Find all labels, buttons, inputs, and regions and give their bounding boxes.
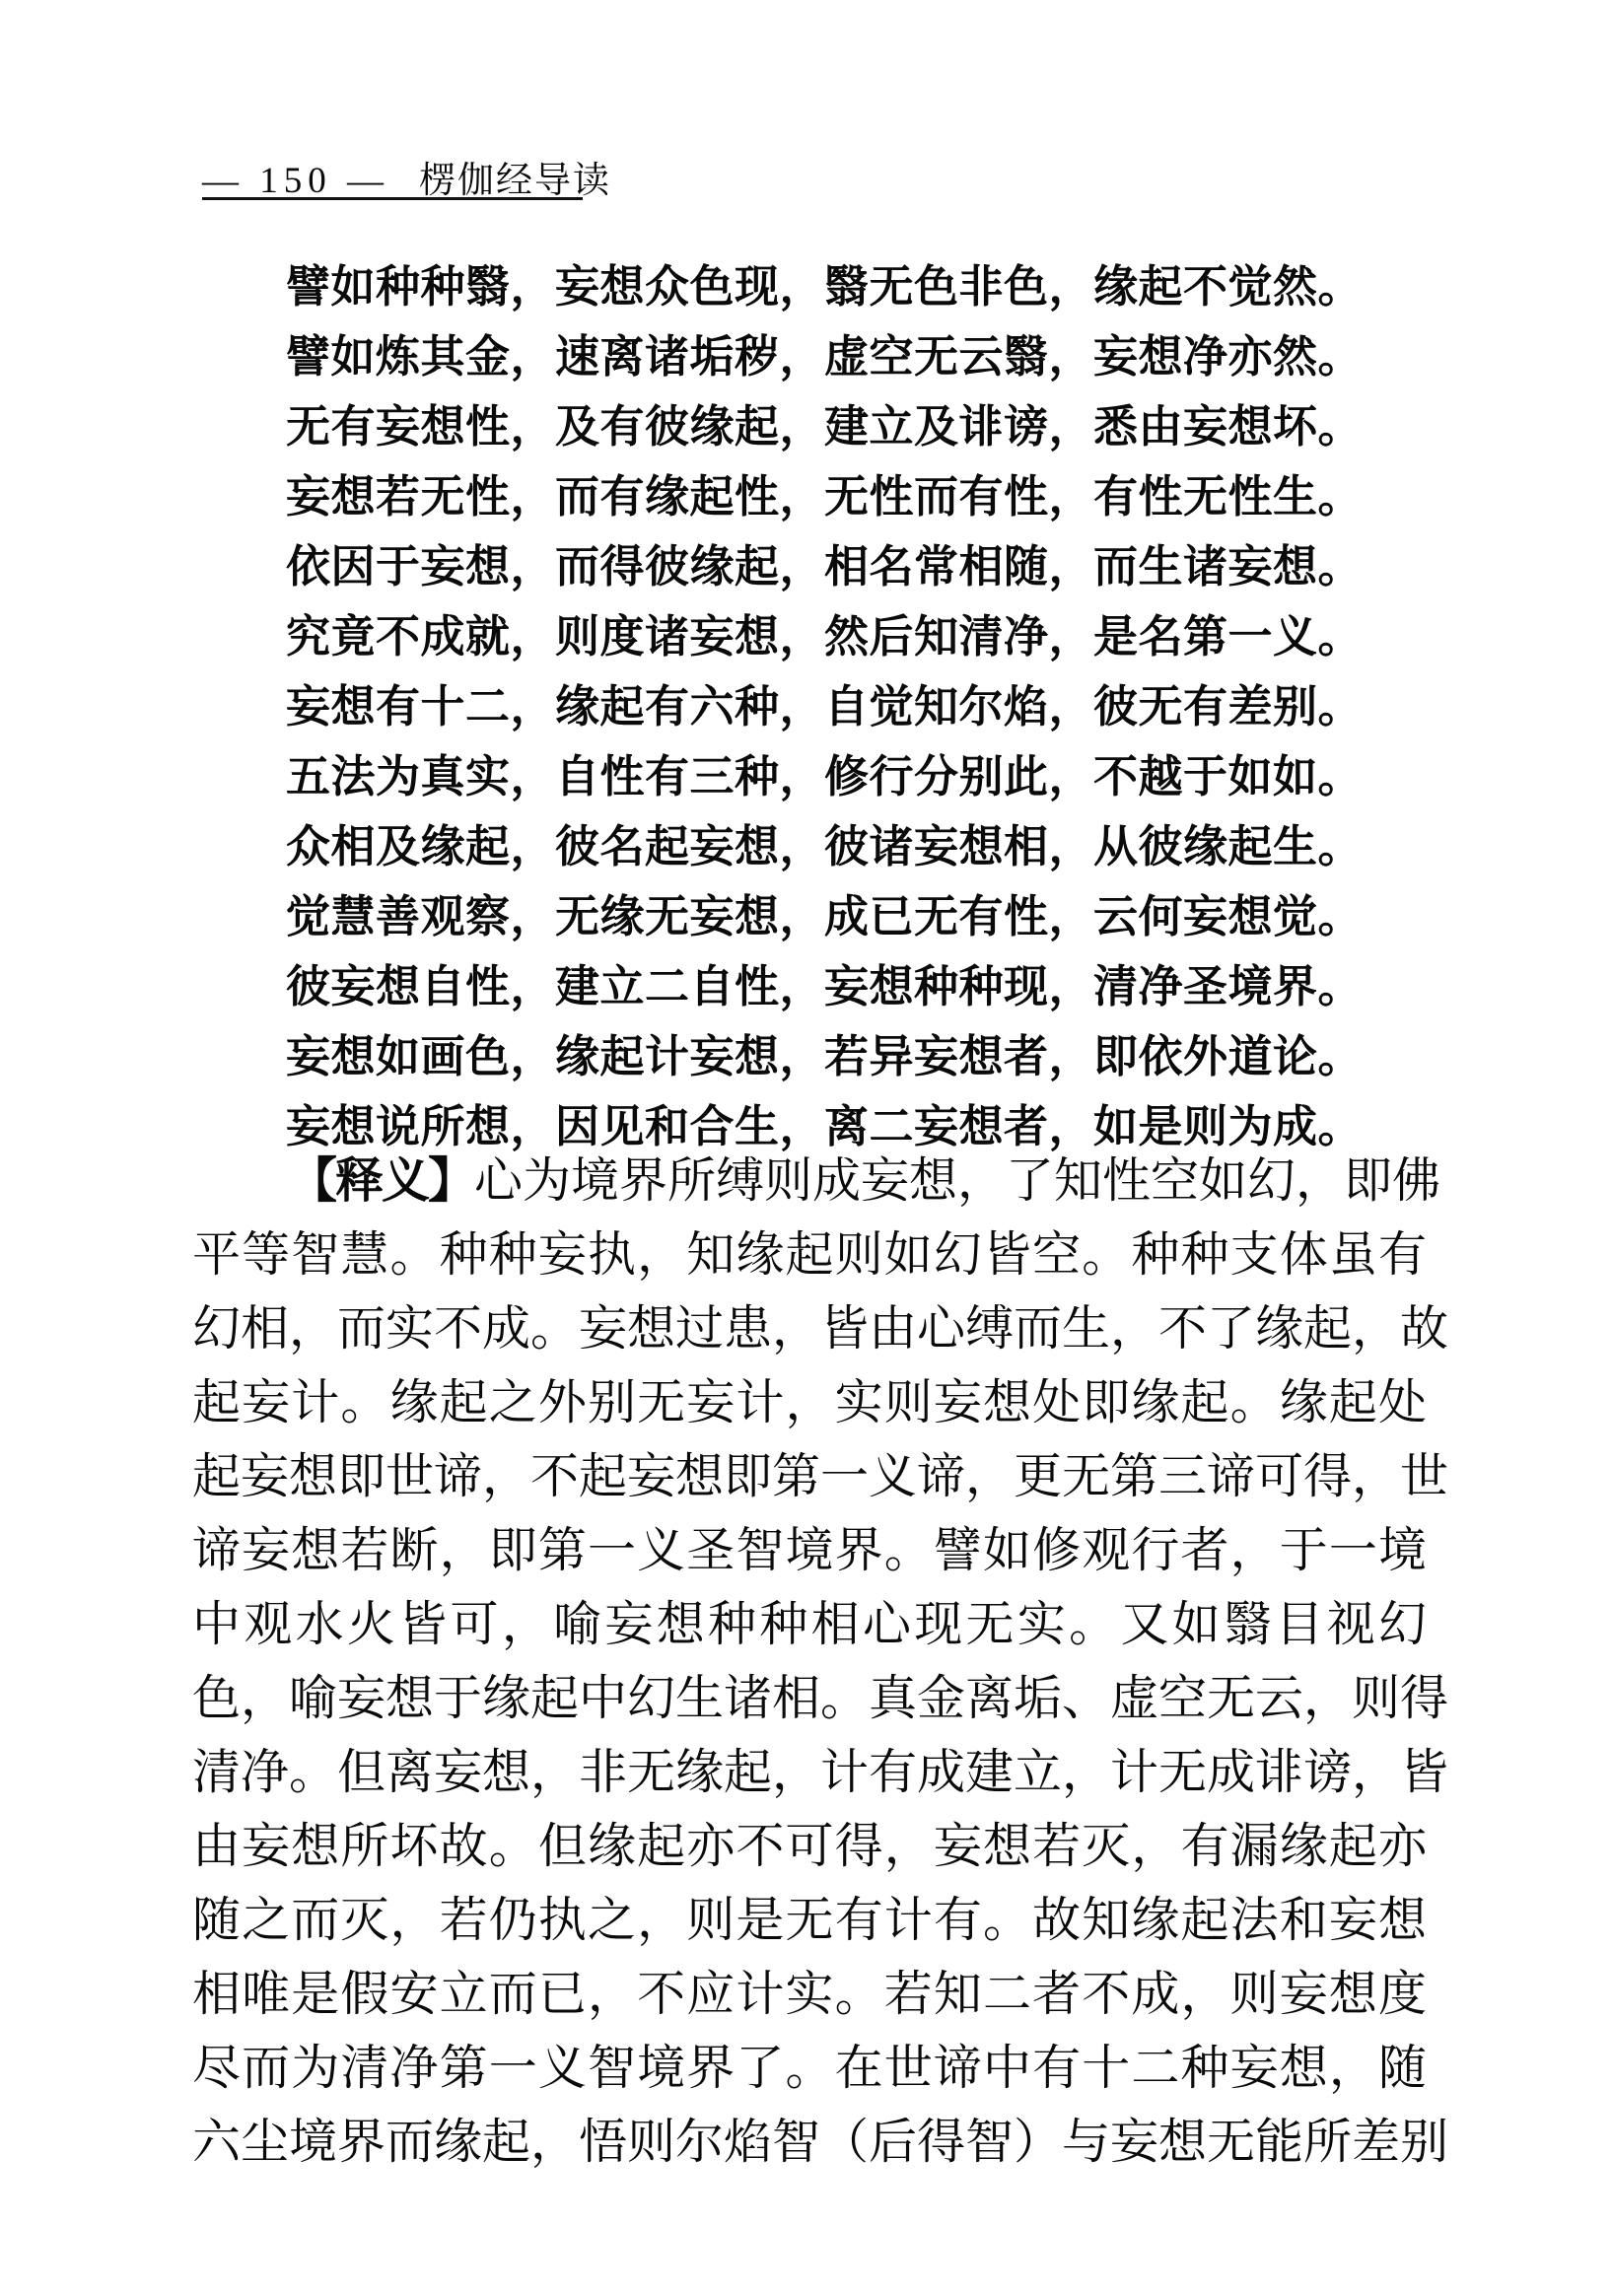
verse-line: 无有妄想性，及有彼缘起，建立及诽谤，悉由妄想坏。 bbox=[286, 391, 1363, 461]
commentary-line: 尽而为清净第一义智境界了。在世谛中有十二种妄想，随 bbox=[192, 2031, 1427, 2105]
commentary-label: 【释义】 bbox=[289, 1154, 474, 1208]
verse-line: 譬如炼其金，速离诸垢秽，虚空无云翳，妄想净亦然。 bbox=[286, 321, 1363, 391]
verse-block: 譬如种种翳，妄想众色现，翳无色非色，缘起不觉然。 譬如炼其金，速离诸垢秽，虚空无… bbox=[286, 251, 1363, 1161]
commentary-block: 【释义】心为境界所缚则成妄想，了知性空如幻，即佛 平等智慧。种种妄执，知缘起则如… bbox=[192, 1144, 1427, 2179]
commentary-text: 心为境界所缚则成妄想，了知性空如幻，即佛 bbox=[474, 1153, 1440, 1208]
commentary-line: 【释义】心为境界所缚则成妄想，了知性空如幻，即佛 bbox=[192, 1144, 1427, 1218]
commentary-line: 中观水火皆可，喻妄想种种相心现无实。又如翳目视幻 bbox=[192, 1587, 1427, 1661]
verse-line: 究竟不成就，则度诸妄想，然后知清净，是名第一义。 bbox=[286, 601, 1363, 671]
book-title: 楞伽经导读 bbox=[419, 150, 611, 203]
page-header: — 150 — 楞伽经导读 bbox=[202, 150, 611, 203]
verse-line: 妄想如画色，缘起计妄想，若异妄想者，即依外道论。 bbox=[286, 1021, 1363, 1091]
verse-line: 譬如种种翳，妄想众色现，翳无色非色，缘起不觉然。 bbox=[286, 251, 1363, 321]
verse-line: 觉慧善观察，无缘无妄想，成已无有性，云何妄想觉。 bbox=[286, 881, 1363, 951]
verse-line: 众相及缘起，彼名起妄想，彼诸妄想相，从彼缘起生。 bbox=[286, 811, 1363, 881]
page-number: — 150 — bbox=[202, 160, 389, 202]
commentary-line: 起妄想即世谛，不起妄想即第一义谛，更无第三谛可得，世 bbox=[192, 1439, 1427, 1513]
verse-line: 彼妄想自性，建立二自性，妄想种种现，清净圣境界。 bbox=[286, 951, 1363, 1021]
verse-line: 五法为真实，自性有三种，修行分别此，不越于如如。 bbox=[286, 741, 1363, 811]
verse-line: 妄想有十二，缘起有六种，自觉知尔焰，彼无有差别。 bbox=[286, 671, 1363, 741]
verse-line: 妄想若无性，而有缘起性，无性而有性，有性无性生。 bbox=[286, 461, 1363, 531]
commentary-line: 谛妄想若断，即第一义圣智境界。譬如修观行者，于一境 bbox=[192, 1513, 1427, 1587]
header-rule bbox=[202, 197, 583, 200]
commentary-line: 起妄计。缘起之外别无妄计，实则妄想处即缘起。缘起处 bbox=[192, 1365, 1427, 1439]
commentary-line: 随之而灭，若仍执之，则是无有计有。故知缘起法和妄想 bbox=[192, 1883, 1427, 1957]
commentary-line: 清净。但离妄想，非无缘起，计有成建立，计无成诽谤，皆 bbox=[192, 1735, 1427, 1809]
commentary-line: 色，喻妄想于缘起中幻生诸相。真金离垢、虚空无云，则得 bbox=[192, 1661, 1427, 1735]
verse-line: 依因于妄想，而得彼缘起，相名常相随，而生诸妄想。 bbox=[286, 531, 1363, 601]
commentary-line: 相唯是假安立而已，不应计实。若知二者不成，则妄想度 bbox=[192, 1957, 1427, 2031]
book-page: — 150 — 楞伽经导读 譬如种种翳，妄想众色现，翳无色非色，缘起不觉然。 譬… bbox=[0, 0, 1612, 2296]
commentary-line: 平等智慧。种种妄执，知缘起则如幻皆空。种种支体虽有 bbox=[192, 1218, 1427, 1291]
commentary-line: 幻相，而实不成。妄想过患，皆由心缚而生，不了缘起，故 bbox=[192, 1291, 1427, 1365]
commentary-line: 由妄想所坏故。但缘起亦不可得，妄想若灭，有漏缘起亦 bbox=[192, 1809, 1427, 1883]
commentary-line: 六尘境界而缘起，悟则尔焰智（后得智）与妄想无能所差别 bbox=[192, 2105, 1427, 2179]
